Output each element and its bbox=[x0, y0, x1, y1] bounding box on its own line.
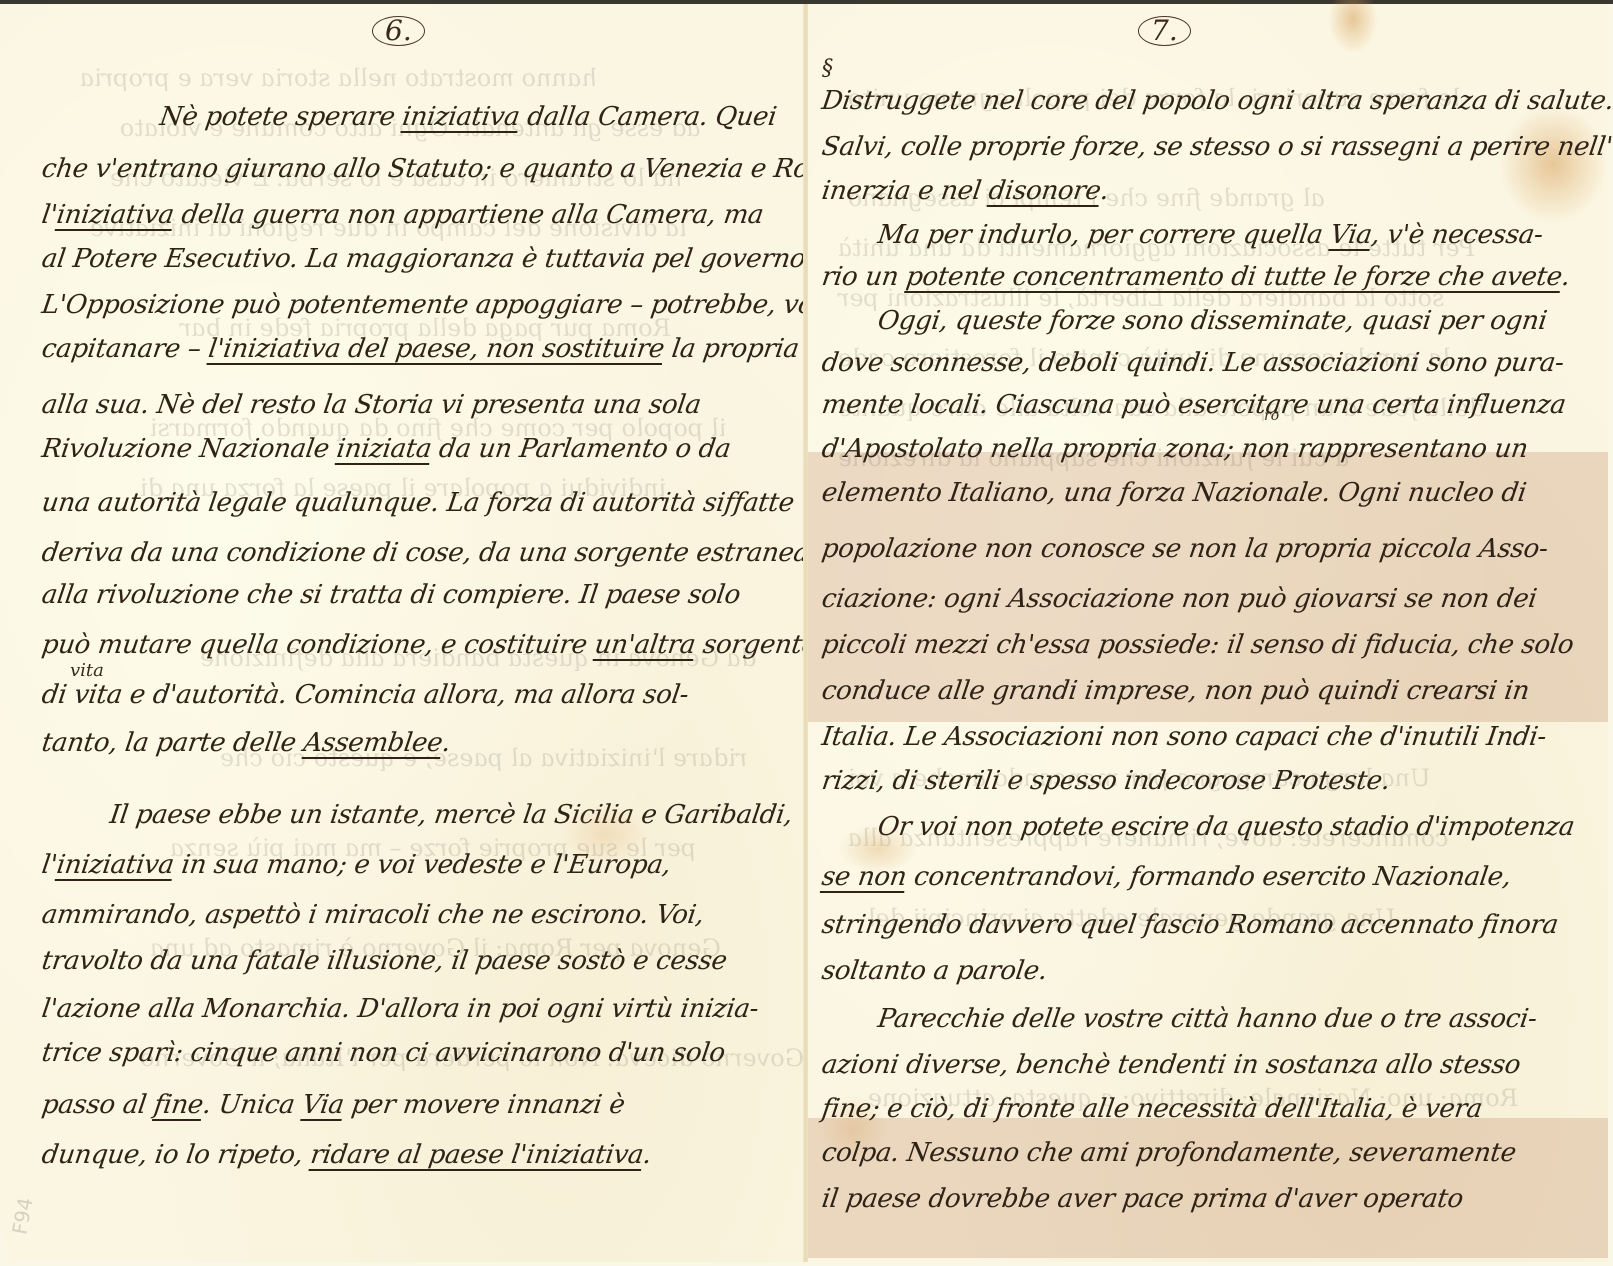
text-line: conduce alle grandi imprese, non può qui… bbox=[820, 676, 1531, 706]
margin-mark: § bbox=[822, 56, 833, 81]
text-line: capitanare – l'iniziativa del paese, non… bbox=[40, 334, 801, 364]
text-line: Il paese ebbe un istante, mercè la Sicil… bbox=[108, 800, 794, 830]
text-line: che v'entrano giurano allo Statuto; e qu… bbox=[40, 154, 858, 184]
paper-stain bbox=[560, 804, 650, 864]
paper-stain bbox=[1328, 0, 1378, 54]
text-line: Distruggete nel core del popolo ogni alt… bbox=[820, 86, 1613, 116]
text-line: d'Apostolato nella propria zona; non rap… bbox=[820, 434, 1530, 464]
text-line: ciazione: ogni Associazione non può giov… bbox=[820, 584, 1539, 614]
text-line: ammirando, aspettò i miracoli che ne esc… bbox=[40, 900, 706, 930]
left-page: hanno mostrato nella storia vera e propr… bbox=[0, 4, 805, 1262]
text-line: al Potere Esecutivo. La maggioranza è tu… bbox=[40, 244, 815, 274]
text-line: Salvi, colle proprie forze, se stesso o … bbox=[820, 132, 1613, 162]
page-number: 7. bbox=[1138, 16, 1191, 46]
text-line: fine; e ciò, di fronte alle necessità de… bbox=[820, 1094, 1484, 1124]
text-line: rio un potente concentramento di tutte l… bbox=[820, 262, 1572, 292]
text-line: azioni diverse, benchè tendenti in sosta… bbox=[820, 1050, 1522, 1080]
text-line: elemento Italiano, una forza Nazionale. … bbox=[820, 478, 1528, 508]
ink-bleed: hanno mostrato nella storia vera e propr… bbox=[78, 64, 599, 92]
right-page: le forze superiori: la forza dei popoli … bbox=[808, 4, 1608, 1262]
text-line: Nè potete sperare iniziativa dalla Camer… bbox=[158, 102, 778, 132]
text-line: mente locali. Ciascuna può esercitare un… bbox=[820, 390, 1568, 420]
text-line: l'azione alla Monarchia. D'allora in poi… bbox=[40, 994, 760, 1024]
text-line: Ma per indurlo, per correre quella Via, … bbox=[876, 220, 1545, 250]
text-line: popolazione non conosce se non la propri… bbox=[820, 534, 1550, 564]
page-number: 6. bbox=[372, 16, 425, 46]
text-line: Parecchie delle vostre città hanno due o… bbox=[876, 1004, 1539, 1034]
text-line: l'iniziativa della guerra non appartiene… bbox=[40, 200, 765, 230]
text-line: soltanto a parole. bbox=[820, 956, 1049, 986]
text-line: alla sua. Nè del resto la Storia vi pres… bbox=[40, 390, 703, 420]
text-line: Oggi, queste forze sono disseminate, qua… bbox=[876, 306, 1549, 336]
text-line: il paese dovrebbe aver pace prima d'aver… bbox=[820, 1184, 1465, 1214]
text-line: inerzia e nel disonore. bbox=[820, 176, 1111, 206]
text-line: Italia. Le Associazioni non sono capaci … bbox=[820, 722, 1548, 752]
text-line: dove sconnesse, deboli quindi. Le associ… bbox=[820, 348, 1566, 378]
text-line: colpa. Nessuno che ami profondamente, se… bbox=[820, 1138, 1518, 1168]
text-line: alla rivoluzione che si tratta di compie… bbox=[40, 580, 742, 610]
manuscript-scan: hanno mostrato nella storia vera e propr… bbox=[0, 0, 1613, 1266]
text-line: tanto, la parte delle Assemblee. bbox=[40, 728, 453, 758]
pencil-note: F94 bbox=[7, 1196, 37, 1237]
text-line: una autorità legale qualunque. La forza … bbox=[40, 488, 796, 518]
interlinear-correction: vita bbox=[70, 660, 104, 681]
text-line: può mutare quella condizione, e costitui… bbox=[40, 630, 819, 660]
text-line: trice sparì: cinque anni non ci avvicina… bbox=[40, 1038, 727, 1068]
text-line: dunque, io lo ripeto, ridare al paese l'… bbox=[40, 1140, 653, 1170]
paper-stain bbox=[1498, 104, 1608, 224]
text-line: L'Opposizione può potentemente appoggiar… bbox=[40, 290, 895, 320]
text-line: di vita e d'autorità. Comincia allora, m… bbox=[40, 680, 690, 710]
text-line: Or voi non potete escire da questo stadi… bbox=[876, 812, 1576, 842]
text-line: deriva da una condizione di cose, da una… bbox=[40, 538, 811, 568]
interlinear-correction: ro bbox=[1264, 408, 1279, 424]
text-line: piccoli mezzi ch'essa possiede: il senso… bbox=[820, 630, 1576, 660]
text-line: travolto da una fatale illusione, il pae… bbox=[40, 946, 729, 976]
text-line: Rivoluzione Nazionale iniziata da un Par… bbox=[40, 434, 733, 464]
text-line: rizzi, di sterili e spesso indecorose Pr… bbox=[820, 766, 1392, 796]
text-line: stringendo davvero quel fascio Romano ac… bbox=[820, 910, 1560, 940]
text-line: passo al fine. Unica Via per movere inna… bbox=[40, 1090, 627, 1120]
text-line: se non concentrandovi, formando esercito… bbox=[820, 862, 1513, 892]
